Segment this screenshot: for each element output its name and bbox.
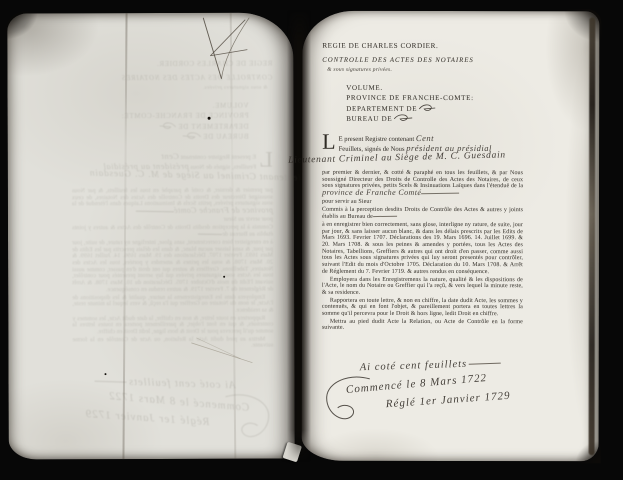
opening-dropcap: L xyxy=(322,134,335,150)
bleedthrough-text: REGIE DE CHARLES CORDIER. CONTROLLE DES … xyxy=(0,29,294,476)
left-page: REGIE DE CHARLES CORDIER. CONTROLLE DES … xyxy=(7,13,295,460)
opening-line-1-print: E present Registre contenant xyxy=(339,136,415,143)
header-regie: REGIE DE CHARLES CORDIER. xyxy=(322,42,438,50)
annotation-feuillets-text: Ai coté cent feuillets xyxy=(360,359,468,374)
torn-corner xyxy=(5,11,53,53)
header-controle: CONTROLLE DES ACTES DES NOTAIRES xyxy=(322,57,473,64)
clause-enregistrer: à en enregistrer bien correctement, sans… xyxy=(322,222,523,276)
form-departement: DEPARTEMENT DE xyxy=(346,104,474,115)
crease-line xyxy=(122,13,127,459)
header-subtitle: & sous signatures privées. xyxy=(327,67,392,73)
clause-commis-text: Commis à la perception desdits Droits de… xyxy=(322,206,523,220)
gutter-shadow xyxy=(287,10,311,462)
ink-speck xyxy=(104,373,106,375)
clause-paraphe-text: par premier & dernier, & cotté & paraphé… xyxy=(322,170,523,190)
scratch-mark-icon xyxy=(190,337,254,367)
clause-rapportera: Rapportera en toute lettre, & non en chi… xyxy=(322,297,523,317)
clause-paraphe: par premier & dernier, & cotté & paraphé… xyxy=(322,170,523,198)
fold-mark-icon xyxy=(191,15,255,87)
flourish-mark-icon xyxy=(418,104,436,112)
hand-stroke xyxy=(373,212,397,217)
ink-speck xyxy=(223,276,225,278)
flourish-mark-icon xyxy=(393,114,413,122)
right-page: REGIE DE CHARLES CORDIER. CONTROLLE DES … xyxy=(302,11,600,462)
form-volume: VOLUME. xyxy=(346,83,474,94)
form-bureau-label: BUREAU DE xyxy=(346,115,392,123)
clause-servir: pour servir au Sieur xyxy=(322,199,523,206)
clause-paraphe-hand: province de Franche Comté xyxy=(322,188,421,197)
clause-employera: Employera dans les Enregistremens la nat… xyxy=(322,276,523,296)
annotation-regle: Réglé 1er Janvier 1729 xyxy=(385,390,510,410)
book-scan: REGIE DE CHARLES CORDIER. CONTROLLE DES … xyxy=(0,0,623,480)
form-block: VOLUME. PROVINCE DE FRANCHE-COMTE: DEPAR… xyxy=(346,83,474,125)
form-bureau: BUREAU DE xyxy=(346,114,474,125)
ink-speck xyxy=(208,117,211,120)
right-page-content: REGIE DE CHARLES CORDIER. CONTROLLE DES … xyxy=(302,11,600,462)
opening-line-2-print: Feuillets, signés de Nous xyxy=(339,146,405,153)
hand-stroke xyxy=(421,189,459,195)
form-departement-label: DEPARTEMENT DE xyxy=(346,105,417,113)
printed-column: par premier & dernier, & cotté & paraphé… xyxy=(322,170,523,334)
annotation-feuillets: Ai coté cent feuillets xyxy=(360,358,502,374)
form-province: PROVINCE DE FRANCHE-COMTE: xyxy=(346,93,474,104)
clause-mettra: Mettra au pied dudit Acte la Relation, o… xyxy=(322,319,523,333)
clause-commis: Commis à la perception desdits Droits de… xyxy=(322,206,523,221)
hand-stroke xyxy=(469,363,501,365)
opening-line-1-hand: Cent xyxy=(416,133,434,143)
